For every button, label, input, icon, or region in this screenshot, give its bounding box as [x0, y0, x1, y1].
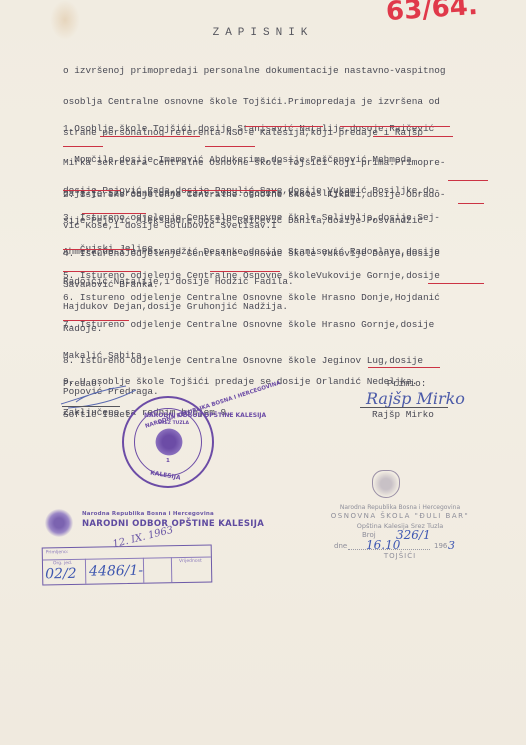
- item-line: 3. Istureno odjelenje Centralne osnovne …: [63, 213, 525, 223]
- red-underline: [428, 283, 484, 284]
- red-underline: [100, 136, 200, 137]
- signature-line-left: [62, 406, 120, 407]
- registry-stamp-line1: Narodna Republika Bosna i Hercegovina: [82, 511, 214, 517]
- red-underline: [63, 271, 141, 272]
- coat-of-arms-icon: [154, 426, 184, 458]
- received-label: Primio:: [387, 378, 426, 389]
- red-underline: [245, 126, 323, 127]
- registry-number-value: 4486/1-: [89, 563, 143, 580]
- archive-number: 63/64.: [385, 0, 479, 27]
- red-underline: [63, 190, 121, 191]
- red-underline: [458, 203, 484, 204]
- registry-box: Primljeno: Org. jed. Vrijednost 02/2 448…: [42, 545, 213, 586]
- registry-org-value: 02/2: [45, 566, 77, 583]
- signature-line-right: [360, 407, 448, 408]
- red-underline: [373, 136, 453, 137]
- round-official-seal: NARODNA REPUBLIKA BOSNA I HERCEGOVINA NA…: [122, 396, 214, 488]
- red-underline: [82, 213, 146, 214]
- red-underline: [182, 190, 277, 191]
- red-underline: [448, 180, 488, 181]
- red-underline: [63, 146, 103, 147]
- coat-of-arms-icon: [45, 509, 73, 537]
- red-underline: [368, 367, 440, 368]
- red-underline: [63, 320, 129, 321]
- red-underline: [210, 271, 280, 272]
- item-line: Momčila,dosije Imamović Abdukerima,dosij…: [63, 155, 525, 165]
- document-title: ZAPISNIK: [0, 27, 526, 39]
- school-stamp: Narodna Republika Bosna i Hercegovina OS…: [300, 470, 500, 560]
- received-name: Rajšp Mirko: [372, 409, 434, 420]
- scanned-document-page: 63/64. ZAPISNIK o izvršenoj primopredaji…: [0, 0, 526, 745]
- registry-stamp-line2: NARODNI ODBOR OPŠTINE KALESIJA: [82, 519, 264, 529]
- red-underline: [340, 126, 450, 127]
- red-underline: [205, 146, 255, 147]
- handwritten-signature-right: Rajšp Mirko: [366, 389, 465, 408]
- handed-over-name: Softić Isaet: [63, 409, 131, 420]
- red-underline: [63, 249, 133, 250]
- item-line: 7. Istureno odjelenje Centralne Osnovne …: [63, 320, 525, 330]
- intro-line: o izvršenoj primopredaji personalne doku…: [63, 66, 525, 76]
- coat-of-arms-icon: [372, 470, 400, 498]
